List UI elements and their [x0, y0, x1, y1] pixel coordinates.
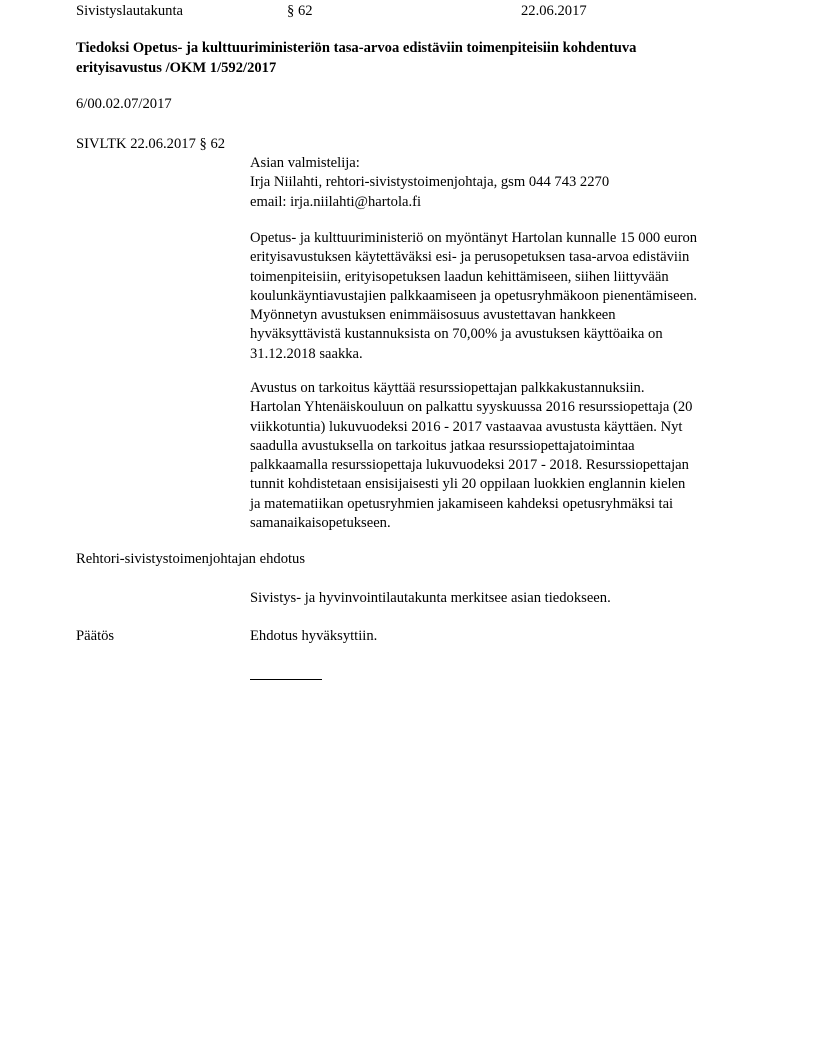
- text-line: koulunkäyntiavustajien palkkaamiseen ja …: [250, 287, 770, 306]
- paragraph-grant: Opetus- ja kulttuuriministeriö on myöntä…: [250, 229, 770, 364]
- text-line: saadulla avustuksella on tarkoitus jatka…: [250, 437, 770, 456]
- title-line: Tiedoksi Opetus- ja kulttuuriministeriön…: [76, 39, 756, 59]
- text-line: samanaikaisopetukseen.: [250, 514, 770, 533]
- text-line: hyväksyttävistä kustannuksista on 70,00%…: [250, 325, 770, 344]
- diary-number: 6/00.02.07/2017: [76, 95, 172, 114]
- text-line: 31.12.2018 saakka.: [250, 345, 770, 364]
- proposal-text: Sivistys- ja hyvinvointilautakunta merki…: [250, 589, 611, 608]
- header-date: 22.06.2017: [521, 2, 587, 21]
- text-line: toimenpiteisiin, erityisopetuksen laadun…: [250, 268, 770, 287]
- preparer-email: email: irja.niilahti@hartola.fi: [250, 193, 770, 212]
- closing-rule: [250, 679, 322, 680]
- text-line: viikkotuntia) lukuvuodeksi 2016 - 2017 v…: [250, 418, 770, 437]
- preparer-label: Asian valmistelija:: [250, 154, 770, 173]
- text-line: tunnit kohdistetaan ensisijaisesti yli 2…: [250, 475, 770, 494]
- text-line: Avustus on tarkoitus käyttää resurssiope…: [250, 379, 770, 398]
- preparer-block: Asian valmistelija: Irja Niilahti, rehto…: [250, 154, 770, 212]
- text-line: ja matematiikan opetusryhmien jakamiseen…: [250, 495, 770, 514]
- decision-text: Ehdotus hyväksyttiin.: [250, 627, 377, 646]
- text-line: Opetus- ja kulttuuriministeriö on myöntä…: [250, 229, 770, 248]
- proposal-label: Rehtori-sivistystoimenjohtajan ehdotus: [76, 550, 305, 569]
- preparer-name: Irja Niilahti, rehtori-sivistystoimenjoh…: [250, 173, 770, 192]
- text-line: erityisavustuksen käytettäväksi esi- ja …: [250, 248, 770, 267]
- decision-label: Päätös: [76, 627, 114, 646]
- header-organ: Sivistyslautakunta: [76, 2, 183, 21]
- title-line: erityisavustus /OKM 1/592/2017: [76, 59, 756, 79]
- text-line: palkkaamalla resurssiopettaja lukuvuodek…: [250, 456, 770, 475]
- meeting-reference: SIVLTK 22.06.2017 § 62: [76, 135, 225, 154]
- header-paragraph: § 62: [287, 2, 313, 21]
- text-line: Myönnetyn avustuksen enimmäisosuus avust…: [250, 306, 770, 325]
- document-title: Tiedoksi Opetus- ja kulttuuriministeriön…: [76, 39, 756, 78]
- text-line: Hartolan Yhtenäiskouluun on palkattu syy…: [250, 398, 770, 417]
- paragraph-usage: Avustus on tarkoitus käyttää resurssiope…: [250, 379, 770, 533]
